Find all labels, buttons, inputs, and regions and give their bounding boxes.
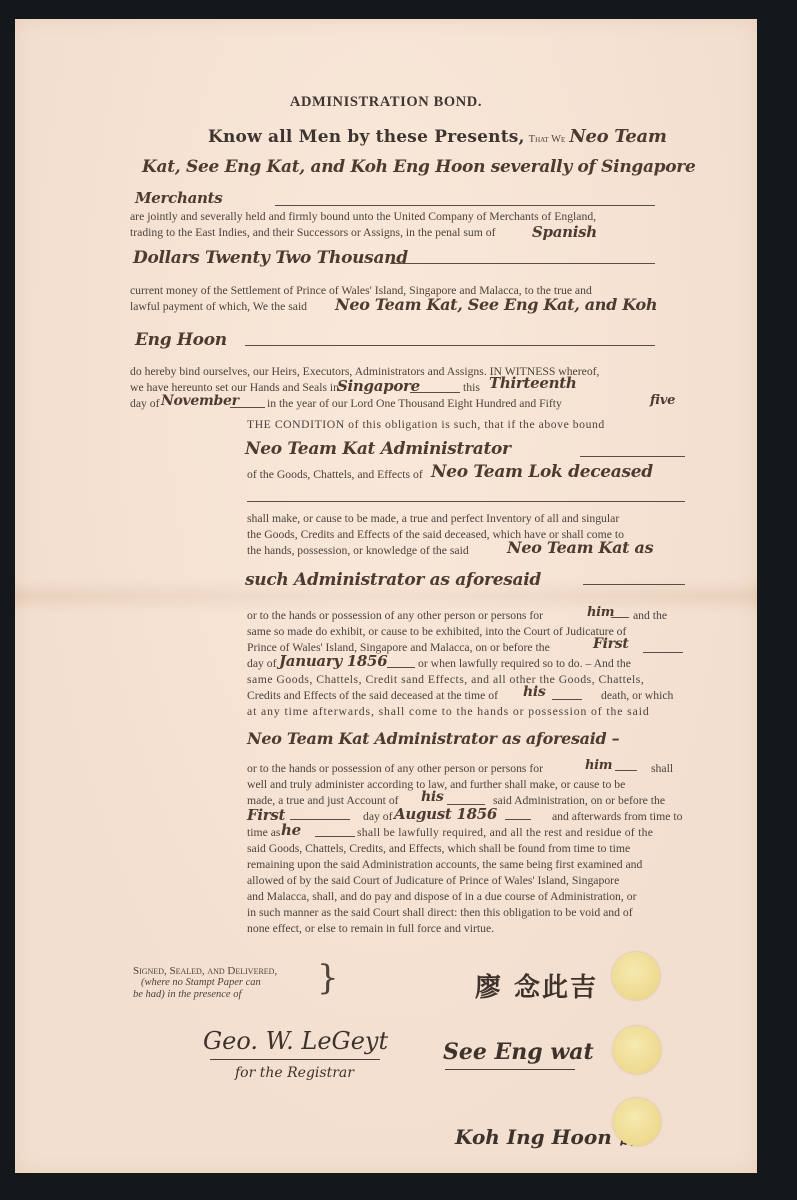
text-line: in such manner as the said Court shall d… [247, 905, 633, 921]
text-line: at any time afterwards, shall come to th… [247, 704, 650, 720]
wax-seal-1 [612, 952, 660, 1000]
hand-sum: Dollars Twenty Two Thousand [133, 248, 408, 268]
hand-year: five [650, 393, 675, 408]
text-line: same Goods, Chattels, Credit sand Effect… [247, 672, 644, 688]
text-line: THE CONDITION of this obligation is such… [247, 417, 605, 433]
text-line: of the Goods, Chattels, and Effects of [247, 467, 423, 483]
fill-rule [583, 584, 685, 585]
hand-names-4: Eng Hoon [135, 330, 227, 350]
fill-rule [505, 819, 531, 820]
text-line: this [463, 380, 480, 396]
hand-his-1: his [523, 684, 545, 700]
text-line: none effect, or else to remain in full f… [247, 921, 494, 937]
fill-rule [611, 617, 629, 618]
hand-his-2: his [421, 789, 443, 805]
fill-rule [390, 263, 655, 264]
hand-names-3: Neo Team Kat, See Eng Kat, and Koh [335, 295, 657, 314]
text-line: shall [651, 761, 673, 777]
text-line: allowed of by the said Court of Judicatu… [247, 873, 619, 889]
hand-names-2: Kat, See Eng Kat, and Koh Eng Hoon sever… [142, 157, 695, 177]
signature-underline [210, 1059, 380, 1060]
hand-deceased: Neo Team Lok deceased [431, 462, 653, 482]
fill-rule [230, 407, 265, 408]
hand-place: Singapore [337, 377, 420, 395]
fill-rule [275, 205, 655, 206]
attestation-clause: Signed, Sealed, and Delivered, (where no… [133, 965, 277, 1001]
fill-rule [315, 836, 355, 837]
hand-day: Thirteenth [489, 374, 576, 392]
hand-spanish: Spanish [532, 223, 597, 241]
text-line: shall make, or cause to be made, a true … [247, 511, 619, 527]
hand-name: Neo Team Kat as [507, 538, 653, 557]
signature-underline [445, 1069, 575, 1070]
document-title: ADMINISTRATION BOND. [15, 94, 757, 111]
fill-rule [410, 392, 460, 393]
text-line: death, or which [601, 688, 673, 704]
attestation-line-3: be had) in the presence of [133, 989, 277, 1001]
fill-rule [643, 652, 683, 653]
hand-him-2: him [585, 758, 612, 773]
opening-blackletter: Know all Men by these Presents, [208, 127, 525, 147]
text-line: are jointly and severally held and firml… [130, 209, 596, 225]
fill-rule [387, 667, 415, 668]
hand-administrator-2: Neo Team Kat Administrator as aforesaid … [247, 729, 619, 748]
text-line: day of [363, 809, 393, 825]
text-line: said Goods, Chattels, Credits, and Effec… [247, 841, 630, 857]
text-line: the hands, possession, or knowledge of t… [247, 543, 469, 559]
witness-role: for the Registrar [235, 1065, 354, 1081]
wax-seal-3 [613, 1098, 661, 1146]
attestation-line-1: Signed, Sealed, and Delivered, [133, 965, 277, 977]
opening-that-we: That We [529, 134, 566, 145]
text-line: trading to the East Indies, and their Su… [130, 225, 496, 241]
hand-merchants: Merchants [135, 189, 222, 207]
opening-line: Know all Men by these Presents, That We … [208, 126, 667, 148]
wax-seal-2 [613, 1026, 661, 1074]
fill-rule [615, 770, 637, 771]
text-line: in the year of our Lord One Thousand Eig… [267, 396, 562, 412]
signature-chinese-1: 廖 念此吉 [475, 967, 598, 1004]
fill-rule [245, 345, 655, 346]
text-line: day of [247, 656, 277, 672]
fill-rule [580, 456, 685, 457]
text-line: time as [247, 825, 280, 841]
signature-koh-eng-hoon: Koh Ing Hoon 許 [455, 1121, 639, 1150]
hand-first-2: First [247, 806, 285, 824]
document-page: ADMINISTRATION BOND. Know all Men by the… [15, 19, 757, 1173]
text-line: lawful payment of which, We the said [130, 299, 307, 315]
text-line: day of [130, 396, 160, 412]
hand-first: First [593, 636, 628, 652]
hand-he: he [281, 821, 301, 839]
hand-month: November [161, 393, 239, 409]
witness-signature: Geo. W. LeGeyt [203, 1027, 388, 1055]
signature-see-eng-wat: See Eng wat [443, 1039, 594, 1065]
text-line: or to the hands or possession of any oth… [247, 761, 543, 777]
hand-names-1: Neo Team [569, 126, 666, 147]
text-line: and afterwards from time to [552, 809, 682, 825]
text-line: remaining upon the said Administration a… [247, 857, 642, 873]
text-line: and the [633, 608, 667, 624]
text-line: or when lawfully required so to do. – An… [418, 656, 631, 672]
text-line: Credits and Effects of the said deceased… [247, 688, 498, 704]
brace-icon: } [317, 961, 339, 995]
hand-such: such Administrator as aforesaid [245, 570, 541, 590]
hand-august: August 1856 [394, 805, 497, 823]
text-line: shall be lawfully required, and all the … [357, 825, 653, 841]
attestation-line-2: (where no Stampt Paper can [133, 977, 277, 989]
hand-administrator: Neo Team Kat Administrator [245, 439, 511, 459]
text-line: said Administration, on or before the [493, 793, 665, 809]
fill-rule [247, 501, 685, 502]
text-line: same so made do exhibit, or cause to be … [247, 624, 626, 640]
fill-rule [552, 699, 582, 700]
text-line: or to the hands or possession of any oth… [247, 608, 543, 624]
text-line: and Malacca, shall, and do pay and dispo… [247, 889, 636, 905]
hand-january: January 1856 [279, 652, 387, 670]
